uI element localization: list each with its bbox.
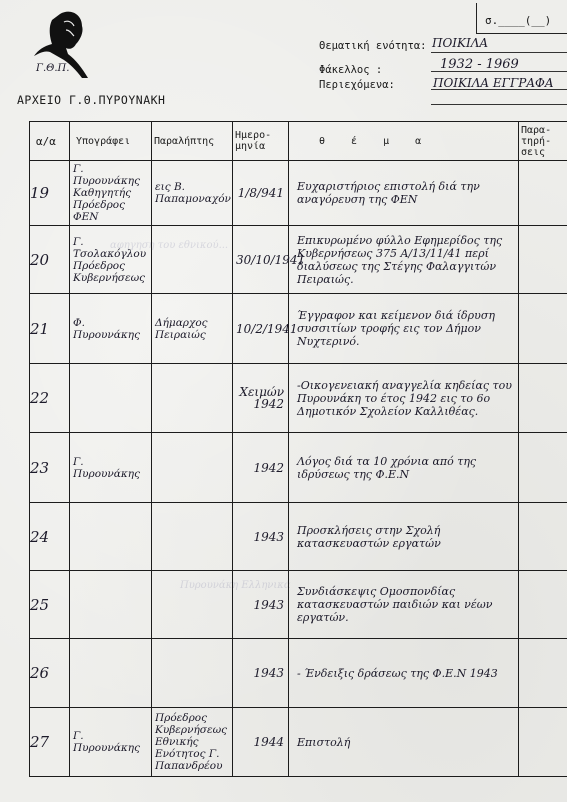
- row-recipient: [152, 671, 232, 675]
- row-remarks-cell: [519, 639, 567, 708]
- row-signer-cell: [70, 639, 152, 708]
- field-underline: [431, 52, 567, 53]
- row-number-cell: 21: [30, 294, 70, 364]
- row-date: 30/10/1941: [233, 252, 288, 268]
- row-signer-cell: Γ. Πυρουνάκης: [70, 433, 152, 503]
- row-number: 26: [30, 664, 49, 682]
- row-recipient: Πρόεδρος Κυβερνήσεως Εθνικής Ενότητος Γ.…: [152, 710, 232, 774]
- row-date: 1943: [233, 665, 288, 681]
- row-subject: -Οικογενειακή αναγγελία κηδείας του Πυρο…: [289, 377, 518, 420]
- reference-number: σ.____(__): [485, 14, 551, 27]
- row-number-cell: 25: [30, 571, 70, 639]
- register-table: α/α Υπογράφει Παραλήπτης Ημερο-μηνία θ έ…: [29, 121, 567, 777]
- row-remarks: [519, 258, 567, 262]
- row-remarks: [519, 740, 567, 744]
- row-number-cell: 23: [30, 433, 70, 503]
- header-recipient: Παραλήπτης: [152, 122, 233, 161]
- row-remarks-cell: [519, 161, 567, 226]
- row-date: 10/2/1941: [233, 321, 288, 337]
- row-subject: - Ένδειξις δράσεως της Φ.Ε.Ν 1943: [289, 665, 518, 682]
- row-signer: Γ. Πυρουνάκης: [70, 454, 151, 482]
- row-remarks-cell: [519, 433, 567, 503]
- header-date: Ημερο-μηνία: [233, 122, 289, 161]
- row-subject-cell: Συνδιάσκεψις Ομοσπονδίας κατασκευαστών π…: [289, 571, 519, 639]
- header-remarks: Παρα-τηρή-σεις: [519, 122, 567, 161]
- row-remarks-cell: [519, 503, 567, 571]
- row-number: 25: [30, 596, 49, 614]
- header-signer: Υπογράφει: [70, 122, 152, 161]
- row-subject-cell: - Ένδειξις δράσεως της Φ.Ε.Ν 1943: [289, 639, 519, 708]
- row-subject-cell: Ευχαριστήριος επιστολή διά την αναγόρευσ…: [289, 161, 519, 226]
- row-subject-cell: Λόγος διά τα 10 χρόνια από της ιδρύσεως …: [289, 433, 519, 503]
- row-number-cell: 27: [30, 708, 70, 777]
- table-row: 241943Προσκλήσεις στην Σχολή κατασκευαστ…: [30, 503, 567, 571]
- row-signer-cell: Φ. Πυρουνάκης: [70, 294, 152, 364]
- row-number-cell: 22: [30, 364, 70, 433]
- row-subject-cell: Προσκλήσεις στην Σχολή κατασκευαστών εργ…: [289, 503, 519, 571]
- row-recipient-cell: [152, 571, 233, 639]
- row-subject-cell: Έγγραφον και κείμενον διά ίδρυση συσσιτί…: [289, 294, 519, 364]
- row-number-cell: 20: [30, 226, 70, 294]
- row-subject: Συνδιάσκεψις Ομοσπονδίας κατασκευαστών π…: [289, 583, 518, 626]
- row-remarks-cell: [519, 364, 567, 433]
- row-remarks: [519, 466, 567, 470]
- row-signer: [70, 671, 151, 675]
- table-row: 23Γ. Πυρουνάκης1942Λόγος διά τα 10 χρόνι…: [30, 433, 567, 503]
- row-date-cell: 1/8/941: [233, 161, 289, 226]
- table-row: 20Γ. Τσολακόγλου Πρόεδρος Κυβερνήσεως30/…: [30, 226, 567, 294]
- row-recipient-cell: εις Β. Παπαμοναχόν: [152, 161, 233, 226]
- row-subject: Λόγος διά τα 10 χρόνια από της ιδρύσεως …: [289, 453, 518, 483]
- row-number: 24: [30, 528, 49, 546]
- logo-signature: Γ.Θ.Π.: [36, 63, 69, 74]
- row-date-cell: 1943: [233, 503, 289, 571]
- table-row: 27Γ. ΠυρουνάκηςΠρόεδρος Κυβερνήσεως Εθνι…: [30, 708, 567, 777]
- header-subject: θ έ μ α: [289, 122, 519, 161]
- row-recipient-cell: [152, 503, 233, 571]
- row-signer: [70, 396, 151, 400]
- row-recipient-cell: Πρόεδρος Κυβερνήσεως Εθνικής Ενότητος Γ.…: [152, 708, 233, 777]
- row-signer: [70, 603, 151, 607]
- row-subject: Έγγραφον και κείμενον διά ίδρυση συσσιτί…: [289, 307, 518, 350]
- row-date-cell: 1942: [233, 433, 289, 503]
- row-recipient: [152, 466, 232, 470]
- contents-value: ΠΟΙΚΙΛΑ ΕΓΓΡΑΦΑ: [433, 76, 554, 90]
- row-signer-cell: [70, 503, 152, 571]
- row-date: 1942: [233, 460, 288, 476]
- row-recipient-cell: [152, 364, 233, 433]
- row-date-cell: 1943: [233, 639, 289, 708]
- row-number: 23: [30, 459, 49, 477]
- row-date-cell: 30/10/1941: [233, 226, 289, 294]
- row-remarks-cell: [519, 294, 567, 364]
- table-row: 19Γ. Πυρουνάκης Καθηγητής Πρόεδρος ΦΕΝει…: [30, 161, 567, 226]
- row-recipient-cell: [152, 226, 233, 294]
- table-row: 22Χειμών 1942-Οικογενειακή αναγγελία κηδ…: [30, 364, 567, 433]
- row-signer-cell: Γ. Τσολακόγλου Πρόεδρος Κυβερνήσεως: [70, 226, 152, 294]
- row-signer: Γ. Πυρουνάκης Καθηγητής Πρόεδρος ΦΕΝ: [70, 161, 151, 225]
- row-date-cell: 10/2/1941: [233, 294, 289, 364]
- row-recipient: [152, 603, 232, 607]
- row-signer-cell: Γ. Πυρουνάκης Καθηγητής Πρόεδρος ΦΕΝ: [70, 161, 152, 226]
- row-subject: Ευχαριστήριος επιστολή διά την αναγόρευσ…: [289, 178, 518, 208]
- table-row: 261943- Ένδειξις δράσεως της Φ.Ε.Ν 1943: [30, 639, 567, 708]
- row-subject-cell: -Οικογενειακή αναγγελία κηδείας του Πυρο…: [289, 364, 519, 433]
- row-date: Χειμών 1942: [233, 384, 288, 412]
- row-remarks-cell: [519, 708, 567, 777]
- reference-box: σ.____(__): [476, 3, 567, 34]
- field-underline: [431, 104, 567, 105]
- row-number: 21: [30, 320, 49, 338]
- row-signer: [70, 535, 151, 539]
- row-remarks-cell: [519, 226, 567, 294]
- row-signer-cell: [70, 364, 152, 433]
- row-date: 1943: [233, 597, 288, 613]
- row-recipient-cell: Δήμαρχος Πειραιώς: [152, 294, 233, 364]
- row-date: 1943: [233, 529, 288, 545]
- row-subject: Επιστολή: [289, 734, 518, 751]
- row-number-cell: 19: [30, 161, 70, 226]
- folder-value: 1932 - 1969: [440, 57, 519, 72]
- row-recipient: [152, 396, 232, 400]
- row-signer: Γ. Πυρουνάκης: [70, 728, 151, 756]
- row-number: 27: [30, 733, 49, 751]
- row-signer: Φ. Πυρουνάκης: [70, 315, 151, 343]
- row-number: 19: [30, 184, 49, 202]
- row-date: 1/8/941: [233, 185, 288, 201]
- row-recipient: [152, 258, 232, 262]
- row-subject: Προσκλήσεις στην Σχολή κατασκευαστών εργ…: [289, 522, 518, 552]
- row-recipient: εις Β. Παπαμοναχόν: [152, 179, 232, 207]
- field-underline: [431, 71, 567, 72]
- thematic-unit-value: ΠΟΙΚΙΛΑ: [432, 36, 488, 50]
- table-row: 21Φ. ΠυρουνάκηςΔήμαρχος Πειραιώς10/2/194…: [30, 294, 567, 364]
- archive-title: ΑΡΧΕΙΟ Γ.Θ.ΠΥΡΟΥΝΑΚΗ: [17, 93, 165, 107]
- folder-label: Φάκελλος :: [319, 64, 382, 76]
- row-remarks: [519, 191, 567, 195]
- row-remarks: [519, 603, 567, 607]
- header-num: α/α: [30, 122, 70, 161]
- table-row: 251943Συνδιάσκεψις Ομοσπονδίας κατασκευα…: [30, 571, 567, 639]
- row-date-cell: 1943: [233, 571, 289, 639]
- row-subject-cell: Επικυρωμένο φύλλο Εφημερίδος της Κυβερνή…: [289, 226, 519, 294]
- row-subject-cell: Επιστολή: [289, 708, 519, 777]
- table-header-row: α/α Υπογράφει Παραλήπτης Ημερο-μηνία θ έ…: [30, 122, 567, 161]
- row-signer-cell: [70, 571, 152, 639]
- row-subject: Επικυρωμένο φύλλο Εφημερίδος της Κυβερνή…: [289, 232, 518, 288]
- row-number: 20: [30, 251, 49, 269]
- row-signer: Γ. Τσολακόγλου Πρόεδρος Κυβερνήσεως: [70, 234, 151, 286]
- row-remarks: [519, 327, 567, 331]
- row-recipient-cell: [152, 433, 233, 503]
- thematic-unit-label: Θεματική ενότητα:: [319, 40, 426, 52]
- row-date-cell: 1944: [233, 708, 289, 777]
- row-recipient: [152, 535, 232, 539]
- row-number-cell: 24: [30, 503, 70, 571]
- row-date: 1944: [233, 734, 288, 750]
- row-signer-cell: Γ. Πυρουνάκης: [70, 708, 152, 777]
- row-remarks: [519, 396, 567, 400]
- row-remarks: [519, 535, 567, 539]
- row-recipient-cell: [152, 639, 233, 708]
- row-number: 22: [30, 389, 49, 407]
- field-underline: [431, 89, 567, 90]
- row-recipient: Δήμαρχος Πειραιώς: [152, 315, 232, 343]
- row-number-cell: 26: [30, 639, 70, 708]
- row-remarks: [519, 671, 567, 675]
- row-date-cell: Χειμών 1942: [233, 364, 289, 433]
- contents-label: Περιεχόμενα:: [319, 79, 395, 91]
- row-remarks-cell: [519, 571, 567, 639]
